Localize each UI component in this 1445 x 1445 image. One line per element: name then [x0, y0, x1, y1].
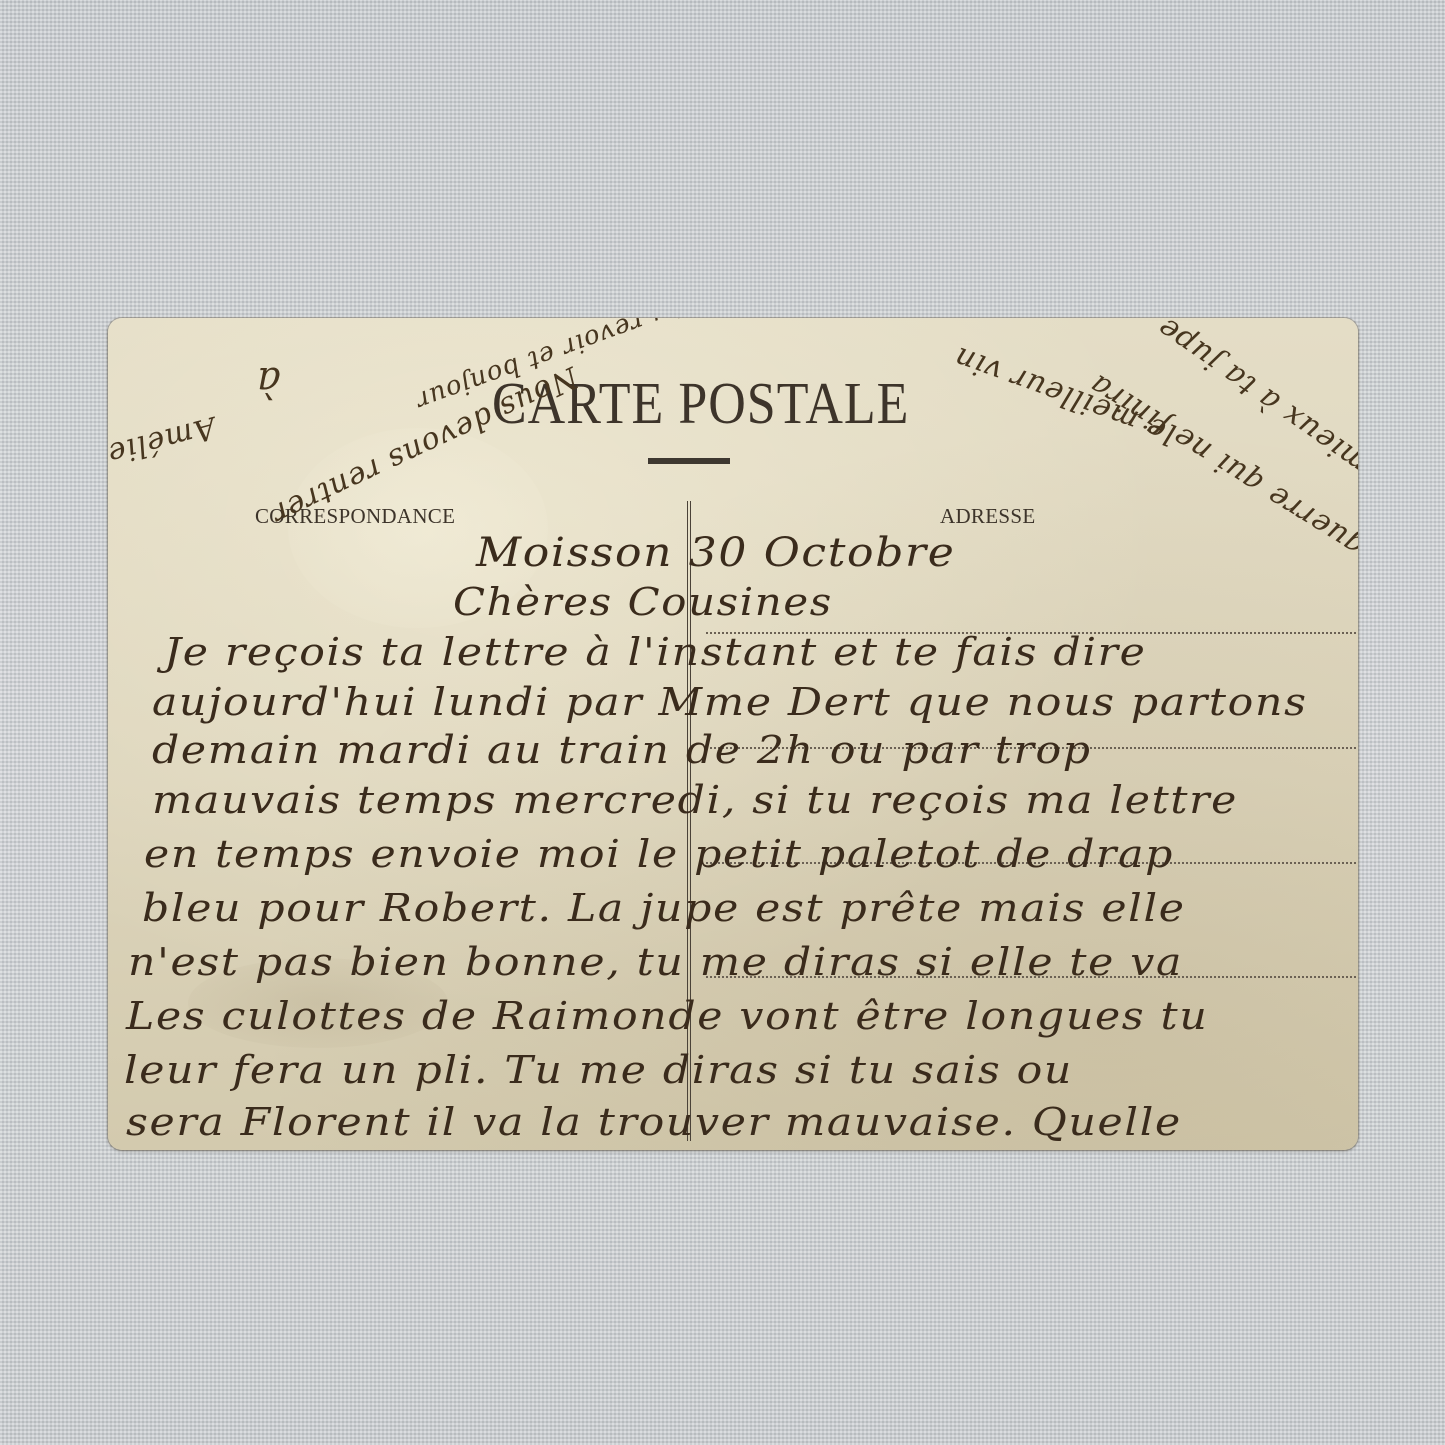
letter-place-date: Moisson 30 Octobre [476, 530, 955, 576]
postcard: CARTE POSTALE CORRESPONDANCE ADRESSE Amé… [108, 318, 1358, 1150]
letter-line: sera Florent il va la trouver mauvaise. … [126, 1100, 1182, 1144]
letter-line: demain mardi au train de 2h ou par trop [152, 728, 1092, 772]
letter-greeting: Chères Cousines [453, 580, 833, 624]
letter-line: Je reçois ta lettre à l'instant et te fa… [164, 630, 1147, 674]
letter-line: bleu pour Robert. La jupe est prête mais… [142, 886, 1186, 930]
letter-line: aujourd'hui lundi par Mme Dert que nous … [152, 680, 1308, 724]
upside-down-note: à [256, 358, 281, 404]
letter-line: Les culottes de Raimonde vont être longu… [126, 994, 1208, 1038]
letter-line: en temps envoie moi le petit paletot de … [144, 832, 1174, 876]
letter-line: n'est pas bien bonne, tu me diras si ell… [128, 940, 1183, 984]
letter-line: leur fera un pli. Tu me diras si tu sais… [124, 1048, 1073, 1092]
upside-down-note: guerre qui ne finira [1083, 366, 1358, 564]
letter-line: mauvais temps mercredi, si tu reçois ma … [152, 778, 1238, 822]
address-label: ADRESSE [940, 504, 1035, 529]
upside-down-note: Amélie [108, 409, 219, 471]
title-underline-bar [648, 458, 730, 464]
